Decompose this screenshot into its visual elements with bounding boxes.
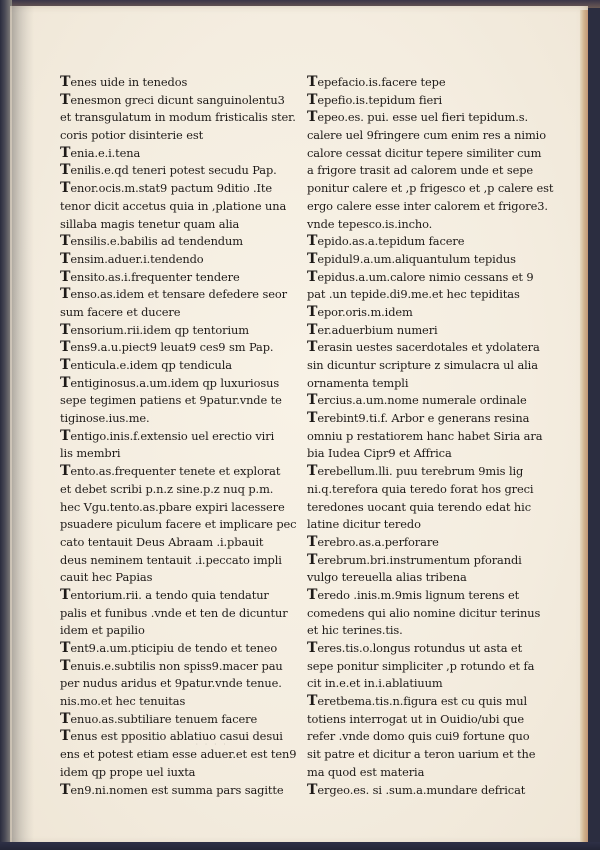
dictionary-entry-headword-line: Tensorium.rii.idem qp tentorium [60, 322, 300, 340]
dictionary-entry-headword-line: Tentigo.inis.f.extensio uel erectio viri [60, 428, 300, 446]
dictionary-entry-continuation-line: vnde tepesco.is.incho. [307, 216, 542, 234]
dictionary-entry-continuation-line: tiginose.ius.me. [60, 410, 300, 428]
dictionary-entry-continuation-line: per nudus aridus et 9patur.vnde tenue. [60, 675, 300, 693]
dictionary-entry-headword-line: Teredo .inis.m.9mis lignum terens et [307, 587, 542, 605]
dictionary-entry-continuation-line: omniu p restatiorem hanc habet Siria ara [307, 428, 542, 446]
dictionary-entry-headword-line: Ter.aduerbium numeri [307, 322, 542, 340]
dictionary-entry-continuation-line: cauit hec Papias [60, 569, 300, 587]
dictionary-entry-headword-line: Tenesmon greci dicunt sanguinolentu3 [60, 92, 300, 110]
dictionary-entry-continuation-line: deus neminem tentauit .i.peccato impli [60, 552, 300, 570]
dictionary-entry-headword-line: Tercius.a.um.nome numerale ordinale [307, 392, 542, 410]
dictionary-entry-continuation-line: idem qp prope uel iuxta [60, 764, 300, 782]
dictionary-entry-continuation-line: sin dicuntur scripture z simulacra ul al… [307, 357, 542, 375]
dictionary-entry-headword-line: Ten9.ni.nomen est summa pars sagitte [60, 782, 300, 800]
scan-bottom-edge [0, 842, 600, 850]
dictionary-entry-continuation-line: hec Vgu.tento.as.pbare expiri lacessere [60, 499, 300, 517]
dictionary-entry-headword-line: Terebint9.ti.f. Arbor e generans resina [307, 410, 542, 428]
page-edge-right [580, 10, 588, 844]
dictionary-entry-headword-line: Tent9.a.um.pticipiu de tendo et teneo [60, 640, 300, 658]
dictionary-entry-continuation-line: comedens qui alio nomine dicitur terinus [307, 605, 542, 623]
dictionary-entry-continuation-line: sillaba magis tenetur quam alia [60, 216, 300, 234]
dictionary-entry-continuation-line: ergo calere esse inter calorem et frigor… [307, 198, 542, 216]
dictionary-entry-headword-line: Terasin uestes sacerdotales et ydolatera [307, 339, 542, 357]
right-text-column: Tepefacio.is.facere tepeTepefio.is.tepid… [307, 74, 542, 799]
dictionary-entry-continuation-line: ornamenta templi [307, 375, 542, 393]
scanned-page-view: Tenes uide in tenedosTenesmon greci dicu… [0, 0, 600, 850]
dictionary-entry-headword-line: Tenor.ocis.m.stat9 pactum 9ditio .Ite [60, 180, 300, 198]
dictionary-entry-continuation-line: calere uel 9fringere cum enim res a nimi… [307, 127, 542, 145]
left-text-column: Tenes uide in tenedosTenesmon greci dicu… [60, 74, 300, 799]
dictionary-entry-headword-line: Tenilis.e.qd teneri potest secudu Pap. [60, 162, 300, 180]
dictionary-entry-continuation-line: coris potior disinterie est [60, 127, 300, 145]
dictionary-entry-headword-line: Tensim.aduer.i.tendendo [60, 251, 300, 269]
page-gutter-shadow [12, 6, 34, 844]
dictionary-entry-continuation-line: et hic terines.tis. [307, 622, 542, 640]
dictionary-entry-continuation-line: ma quod est materia [307, 764, 542, 782]
dictionary-entry-continuation-line: nis.mo.et hec tenuitas [60, 693, 300, 711]
dictionary-entry-continuation-line: sepe tegimen patiens et 9patur.vnde te [60, 392, 300, 410]
faded-library-stamp: · · · · [195, 741, 227, 748]
dictionary-entry-headword-line: Tenticula.e.idem qp tendicula [60, 357, 300, 375]
dictionary-entry-continuation-line: sum facere et ducere [60, 304, 300, 322]
dictionary-entry-headword-line: Tentiginosus.a.um.idem qp luxuriosus [60, 375, 300, 393]
dictionary-entry-headword-line: Tepidul9.a.um.aliquantulum tepidus [307, 251, 542, 269]
dictionary-entry-continuation-line: et debet scribi p.n.z sine.p.z nuq p.m. [60, 481, 300, 499]
dictionary-entry-continuation-line: totiens interrogat ut in Ouidio/ubi que [307, 711, 542, 729]
dictionary-entry-headword-line: Tepeo.es. pui. esse uel fieri tepidum.s. [307, 109, 542, 127]
dictionary-entry-headword-line: Tensilis.e.babilis ad tendendum [60, 233, 300, 251]
dictionary-entry-headword-line: Terebrum.bri.instrumentum pforandi [307, 552, 542, 570]
dictionary-entry-continuation-line: ni.q.terefora quia teredo forat hos grec… [307, 481, 542, 499]
dictionary-entry-headword-line: Tepefio.is.tepidum fieri [307, 92, 542, 110]
dictionary-entry-headword-line: Tenuo.as.subtiliare tenuem facere [60, 711, 300, 729]
dictionary-entry-continuation-line: palis et funibus .vnde et ten de dicuntu… [60, 605, 300, 623]
dictionary-entry-headword-line: Tepor.oris.m.idem [307, 304, 542, 322]
dictionary-entry-headword-line: Tepidus.a.um.calore nimio cessans et 9 [307, 269, 542, 287]
dictionary-entry-headword-line: Tenuis.e.subtilis non spiss9.macer pau [60, 658, 300, 676]
dictionary-entry-headword-line: Tensito.as.i.frequenter tendere [60, 269, 300, 287]
dictionary-entry-headword-line: Tentorium.rii. a tendo quia tendatur [60, 587, 300, 605]
dictionary-entry-headword-line: Terebellum.lli. puu terebrum 9mis lig [307, 463, 542, 481]
dictionary-entry-continuation-line: tenor dicit accetus quia in ,platione un… [60, 198, 300, 216]
dictionary-entry-continuation-line: psuadere piculum facere et implicare pec [60, 516, 300, 534]
dictionary-entry-continuation-line: a frigore trasit ad calorem unde et sepe [307, 162, 542, 180]
dictionary-entry-headword-line: Tepefacio.is.facere tepe [307, 74, 542, 92]
dictionary-entry-continuation-line: et transgulatum in modum fristicalis ste… [60, 109, 300, 127]
dictionary-entry-headword-line: Tenus est ppositio ablatiuo casui desui [60, 728, 300, 746]
dictionary-entry-headword-line: Tenia.e.i.tena [60, 145, 300, 163]
dictionary-entry-continuation-line: lis membri [60, 445, 300, 463]
dictionary-entry-headword-line: Tento.as.frequenter tenete et explorat [60, 463, 300, 481]
dictionary-entry-continuation-line: ens et potest etiam esse aduer.et est te… [60, 746, 300, 764]
dictionary-entry-continuation-line: idem et papilio [60, 622, 300, 640]
dictionary-entry-continuation-line: cato tentauit Deus Abraam .i.pbauit [60, 534, 300, 552]
dictionary-entry-headword-line: Terebro.as.a.perforare [307, 534, 542, 552]
manuscript-page: Tenes uide in tenedosTenesmon greci dicu… [10, 6, 588, 844]
dictionary-entry-continuation-line: refer .vnde domo quis cui9 fortune quo [307, 728, 542, 746]
dictionary-entry-continuation-line: calore cessat dicitur tepere similiter c… [307, 145, 542, 163]
dictionary-entry-headword-line: Tenes uide in tenedos [60, 74, 300, 92]
dictionary-entry-continuation-line: pat .un tepide.di9.me.et hec tepiditas [307, 286, 542, 304]
dictionary-entry-headword-line: Tens9.a.u.piect9 leuat9 ces9 sm Pap. [60, 339, 300, 357]
dictionary-entry-continuation-line: sit patre et dicitur a teron uarium et t… [307, 746, 542, 764]
dictionary-entry-headword-line: Tergeo.es. si .sum.a.mundare defricat [307, 782, 542, 800]
dictionary-entry-headword-line: Teretbema.tis.n.figura est cu quis mul [307, 693, 542, 711]
dictionary-entry-headword-line: Tenso.as.idem et tensare defedere seor [60, 286, 300, 304]
dictionary-entry-continuation-line: cit in.e.et in.i.ablatiuum [307, 675, 542, 693]
dictionary-entry-continuation-line: vulgo tereuella alias tribena [307, 569, 542, 587]
dictionary-entry-continuation-line: sepe ponitur simpliciter ,p rotundo et f… [307, 658, 542, 676]
dictionary-entry-continuation-line: teredones uocant quia terendo edat hic [307, 499, 542, 517]
dictionary-entry-continuation-line: bia Iudea Cipr9 et Affrica [307, 445, 542, 463]
dictionary-entry-headword-line: Tepido.as.a.tepidum facere [307, 233, 542, 251]
dictionary-entry-continuation-line: latine dicitur teredo [307, 516, 542, 534]
dictionary-entry-continuation-line: ponitur calere et ,p frigesco et ,p cale… [307, 180, 542, 198]
dictionary-entry-headword-line: Teres.tis.o.longus rotundus ut asta et [307, 640, 542, 658]
